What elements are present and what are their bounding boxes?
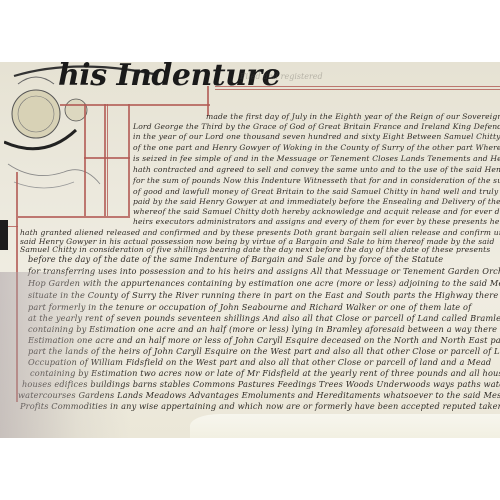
red-rule-horizontal-mid [84,157,130,159]
text-line: of good and lawfull money of Great Brita… [133,187,498,196]
text-line: is seized in fee simple of and in the Me… [133,154,500,163]
indenture-photograph: his Indenture Filed and registered made … [0,62,500,438]
red-rule-top-right-2 [215,89,500,90]
red-rule-top-right [215,86,500,87]
text-line: whereof the said Samuel Chitty doth here… [133,207,500,216]
text-line: paid by the said Henry Gowyer at and imm… [133,197,500,206]
text-line: Lord George the Third by the Grace of Go… [133,122,500,131]
text-line: hath contracted and agreed to sell and c… [133,165,500,174]
text-line: of the one part and Henry Gowyer of Woki… [133,143,500,152]
text-line: heirs executors administrators and assig… [133,217,500,226]
page-curl-shadow [0,272,130,438]
binder-tab [0,220,8,250]
red-rule-bottom-box [18,216,130,218]
red-rule-vertical-4 [128,104,130,216]
red-rule-vertical-1 [84,104,86,216]
text-line: Samuel Chitty in consideration of five s… [20,245,490,254]
text-line: in the year of our Lord one thousand sev… [133,132,500,141]
text-line: made the first day of July in the Eighth… [206,112,500,121]
red-rule-top [60,104,210,106]
red-rule-vertical-2 [104,104,106,216]
text-line: before the day of the date of the same I… [28,254,443,264]
text-line: hath granted aliened released and confir… [20,228,500,237]
faded-marginal-note: Filed and registered [240,72,323,81]
red-rule-vertical-3 [107,104,108,216]
page-bottom-fold [190,414,500,438]
text-line: for the sum of pounds Now this Indenture… [133,176,500,185]
